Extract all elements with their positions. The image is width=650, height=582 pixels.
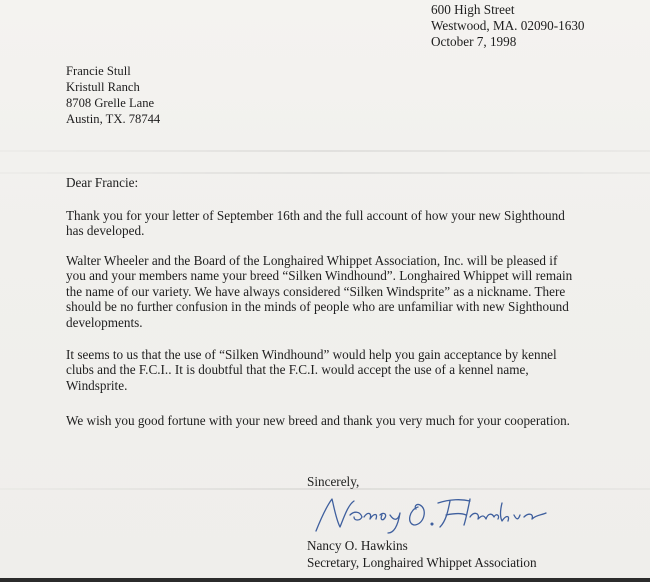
recipient-address: Francie Stull Kristull Ranch 8708 Grelle… xyxy=(66,63,160,127)
paragraph-line: should be no further confusion in the mi… xyxy=(66,299,626,314)
paragraph-1: Thank you for your letter of September 1… xyxy=(66,208,626,239)
signer-name: Nancy O. Hawkins xyxy=(307,537,537,554)
paragraph-line: clubs and the F.C.I.. It is doubtful tha… xyxy=(66,362,626,377)
sender-address: 600 High Street Westwood, MA. 02090-1630… xyxy=(431,2,585,50)
paragraph-2: Walter Wheeler and the Board of the Long… xyxy=(66,253,626,330)
closing: Sincerely, xyxy=(307,474,359,490)
paragraph-4: We wish you good fortune with your new b… xyxy=(66,413,626,428)
paragraph-line: Thank you for your letter of September 1… xyxy=(66,208,626,223)
paragraph-line: developments. xyxy=(66,315,626,330)
scan-edge xyxy=(0,578,650,582)
paragraph-line: Windsprite. xyxy=(66,378,626,393)
recipient-street: 8708 Grelle Lane xyxy=(66,95,160,111)
paragraph-line: It seems to us that the use of “Silken W… xyxy=(66,347,626,362)
handwritten-signature xyxy=(310,493,560,535)
recipient-name: Francie Stull xyxy=(66,63,160,79)
paragraph-line: We wish you good fortune with your new b… xyxy=(66,413,626,428)
signer-block: Nancy O. Hawkins Secretary, Longhaired W… xyxy=(307,537,537,571)
paragraph-line: you and your members name your breed “Si… xyxy=(66,268,626,283)
paragraph-line: has developed. xyxy=(66,223,626,238)
recipient-city: Austin, TX. 78744 xyxy=(66,111,160,127)
paragraph-line: the name of our variety. We have always … xyxy=(66,284,626,299)
paragraph-line: Walter Wheeler and the Board of the Long… xyxy=(66,253,626,268)
signer-title: Secretary, Longhaired Whippet Associatio… xyxy=(307,554,537,571)
sender-street: 600 High Street xyxy=(431,2,585,18)
paper-fold-line xyxy=(0,150,650,152)
sender-city: Westwood, MA. 02090-1630 xyxy=(431,18,585,34)
paragraph-3: It seems to us that the use of “Silken W… xyxy=(66,347,626,393)
recipient-organization: Kristull Ranch xyxy=(66,79,160,95)
salutation: Dear Francie: xyxy=(66,175,138,191)
paper-fold-line xyxy=(0,172,650,174)
letter-date: October 7, 1998 xyxy=(431,34,585,50)
